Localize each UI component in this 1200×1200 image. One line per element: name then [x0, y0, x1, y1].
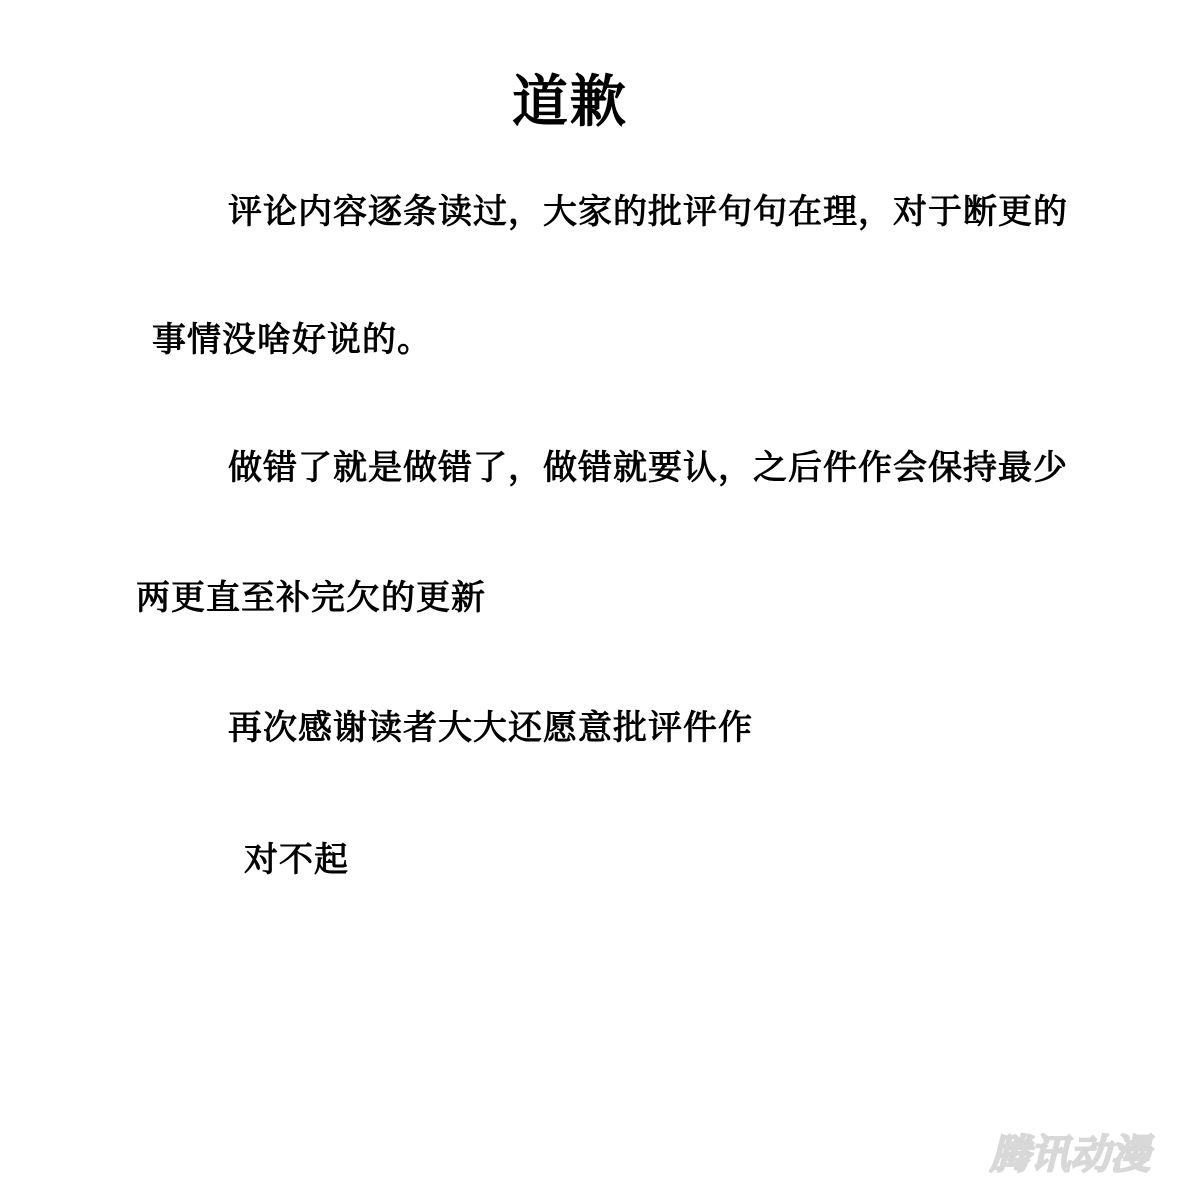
paragraph-line: 再次感谢读者大大还愿意批评件作: [228, 704, 753, 752]
paragraph-line: 两更直至补完欠的更新: [136, 574, 486, 622]
paragraph-line: 做错了就是做错了，做错就要认，之后件作会保持最少: [228, 444, 1068, 492]
closing-line: 对不起: [244, 836, 349, 884]
watermark-logo: 腾讯动漫: [990, 1128, 1150, 1182]
paragraph-line: 事情没啥好说的。: [152, 316, 432, 364]
paragraph-line: 评论内容逐条读过，大家的批评句句在理，对于断更的: [228, 188, 1068, 236]
page-title: 道歉: [0, 68, 1140, 138]
